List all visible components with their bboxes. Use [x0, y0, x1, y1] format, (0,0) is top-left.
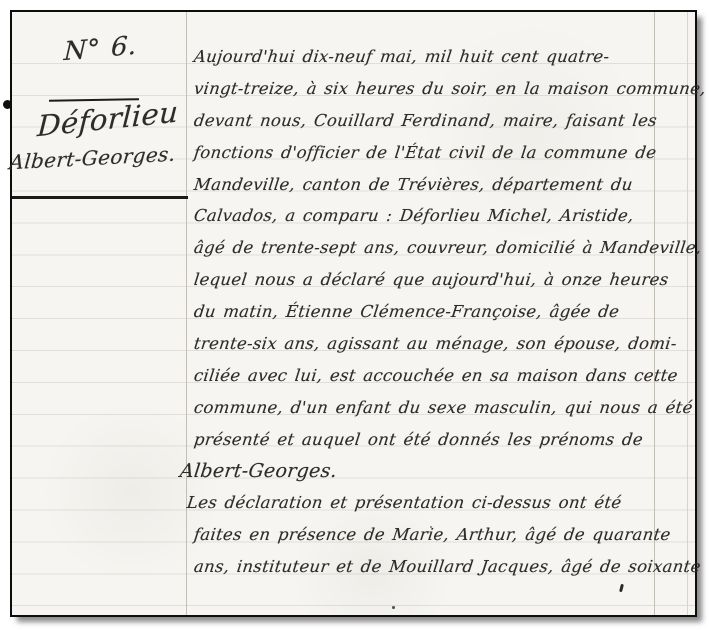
manuscript-line: Les déclaration et présentation ci-dessu… [185, 487, 658, 519]
stray-ink-mark [619, 584, 624, 592]
margin-divider-line [12, 196, 188, 199]
act-body-text: Aujourd'hui dix-neuf mai, mil huit cent … [194, 41, 656, 583]
manuscript-line: devant nous, Couillard Ferdinand, maire,… [192, 105, 658, 137]
manuscript-line: Albert-Georges. [178, 456, 658, 488]
manuscript-line: vingt-treize, à six heures du soir, en l… [192, 73, 658, 105]
manuscript-line: Aujourd'hui dix-neuf mai, mil huit cent … [192, 41, 658, 73]
manuscript-line: Calvados, a comparu : Déforlieu Michel, … [192, 200, 658, 232]
paper-background: N° 6. Déforlieu Albert-Georges. Aujourd'… [12, 12, 695, 615]
manuscript-line: âgé de trente-sept ans, couvreur, domici… [192, 232, 658, 264]
manuscript-line: trente-six ans, agissant au ménage, son … [192, 328, 658, 360]
manuscript-line: lequel nous a déclaré que aujourd'hui, à… [192, 264, 658, 296]
manuscript-line: ans, instituteur et de Mouillard Jacques… [192, 551, 658, 583]
margin-given-names: Albert-Georges. [8, 142, 176, 175]
manuscript-line: fonctions d'officier de l'État civil de … [192, 137, 658, 169]
scanned-register-page: N° 6. Déforlieu Albert-Georges. Aujourd'… [10, 10, 697, 617]
secondary-right-rule-line [687, 12, 688, 615]
manuscript-line: Mandeville, canton de Trévières, départe… [192, 169, 658, 201]
manuscript-line: faites en présence de Marie, Arthur, âgé… [192, 519, 658, 551]
margin-surname: Déforlieu [36, 95, 179, 143]
manuscript-line: commune, d'un enfant du sexe masculin, q… [192, 392, 658, 424]
manuscript-line: ciliée avec lui, est accouchée en sa mai… [192, 360, 658, 392]
manuscript-line: présenté et auquel ont été donnés les pr… [192, 424, 658, 456]
ink-blot [3, 100, 12, 109]
ink-speck [430, 526, 432, 528]
act-number: N° 6. [63, 31, 137, 67]
ink-speck [392, 606, 395, 609]
margin-rule-line [186, 12, 187, 615]
manuscript-line: du matin, Étienne Clémence-Françoise, âg… [192, 296, 658, 328]
